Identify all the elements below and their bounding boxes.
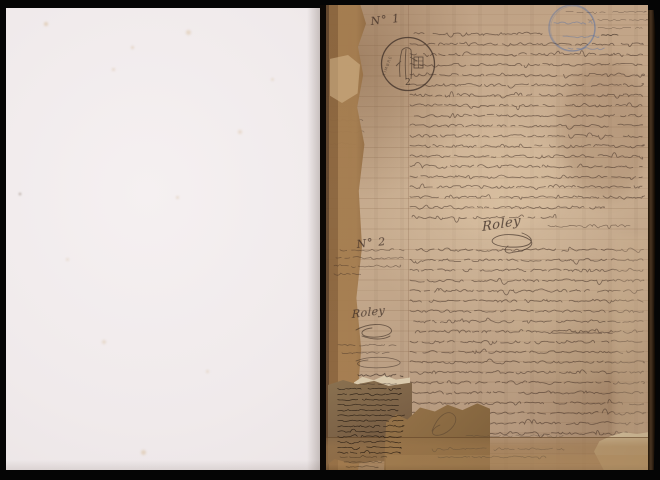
foxing-speck xyxy=(271,78,274,81)
ink-stroke xyxy=(334,265,401,268)
ink-stroke xyxy=(338,441,401,444)
page-bottom-shade xyxy=(6,460,320,470)
ink-stroke xyxy=(356,357,400,367)
ink-stroke xyxy=(338,404,399,406)
ink-stroke xyxy=(338,393,402,395)
ink-stroke xyxy=(338,409,398,411)
ink-stroke xyxy=(334,273,361,275)
archival-register-scan: 2 TIMBRE N° 1 N° 2 Roley Roley xyxy=(0,0,660,480)
foxing-speck xyxy=(102,340,106,344)
ink-stroke xyxy=(432,413,456,436)
ink-stroke xyxy=(340,456,387,458)
ink-stroke xyxy=(338,420,403,422)
foxing-speck xyxy=(131,46,134,49)
ink-stroke xyxy=(438,456,546,459)
ink-stroke xyxy=(338,388,401,390)
ink-stroke xyxy=(338,399,403,401)
foxing-speck xyxy=(112,68,115,71)
foxing-speck xyxy=(186,30,191,35)
foxing-speck xyxy=(176,196,179,199)
ink-stroke xyxy=(338,344,396,346)
left-blank-page xyxy=(6,8,320,470)
foxing-speck xyxy=(206,370,209,373)
foxing-speck xyxy=(19,193,21,195)
ink-stroke xyxy=(338,425,404,427)
foxing-speck xyxy=(66,258,69,261)
ink-stroke xyxy=(432,447,564,451)
ink-stroke xyxy=(338,447,402,450)
ink-stroke xyxy=(466,435,563,438)
foxing-speck xyxy=(238,130,242,134)
page-stack-edge xyxy=(648,10,656,470)
ink-stroke xyxy=(336,257,408,260)
ink-stroke xyxy=(344,461,382,462)
ink-stroke xyxy=(356,324,392,339)
ink-stroke xyxy=(338,415,405,417)
ink-stroke xyxy=(338,435,402,438)
register-manuscript-page: 2 TIMBRE N° 1 N° 2 Roley Roley xyxy=(326,5,648,470)
ink-stroke xyxy=(346,466,378,468)
ink-stroke xyxy=(358,374,403,377)
foxing-speck xyxy=(141,450,146,455)
ink-stroke xyxy=(338,429,403,433)
ink-stroke xyxy=(360,384,396,385)
gutter-shadow xyxy=(307,8,320,470)
foxing-speck xyxy=(44,22,48,26)
ink-stroke xyxy=(342,352,393,354)
ink-stroke xyxy=(338,450,401,453)
